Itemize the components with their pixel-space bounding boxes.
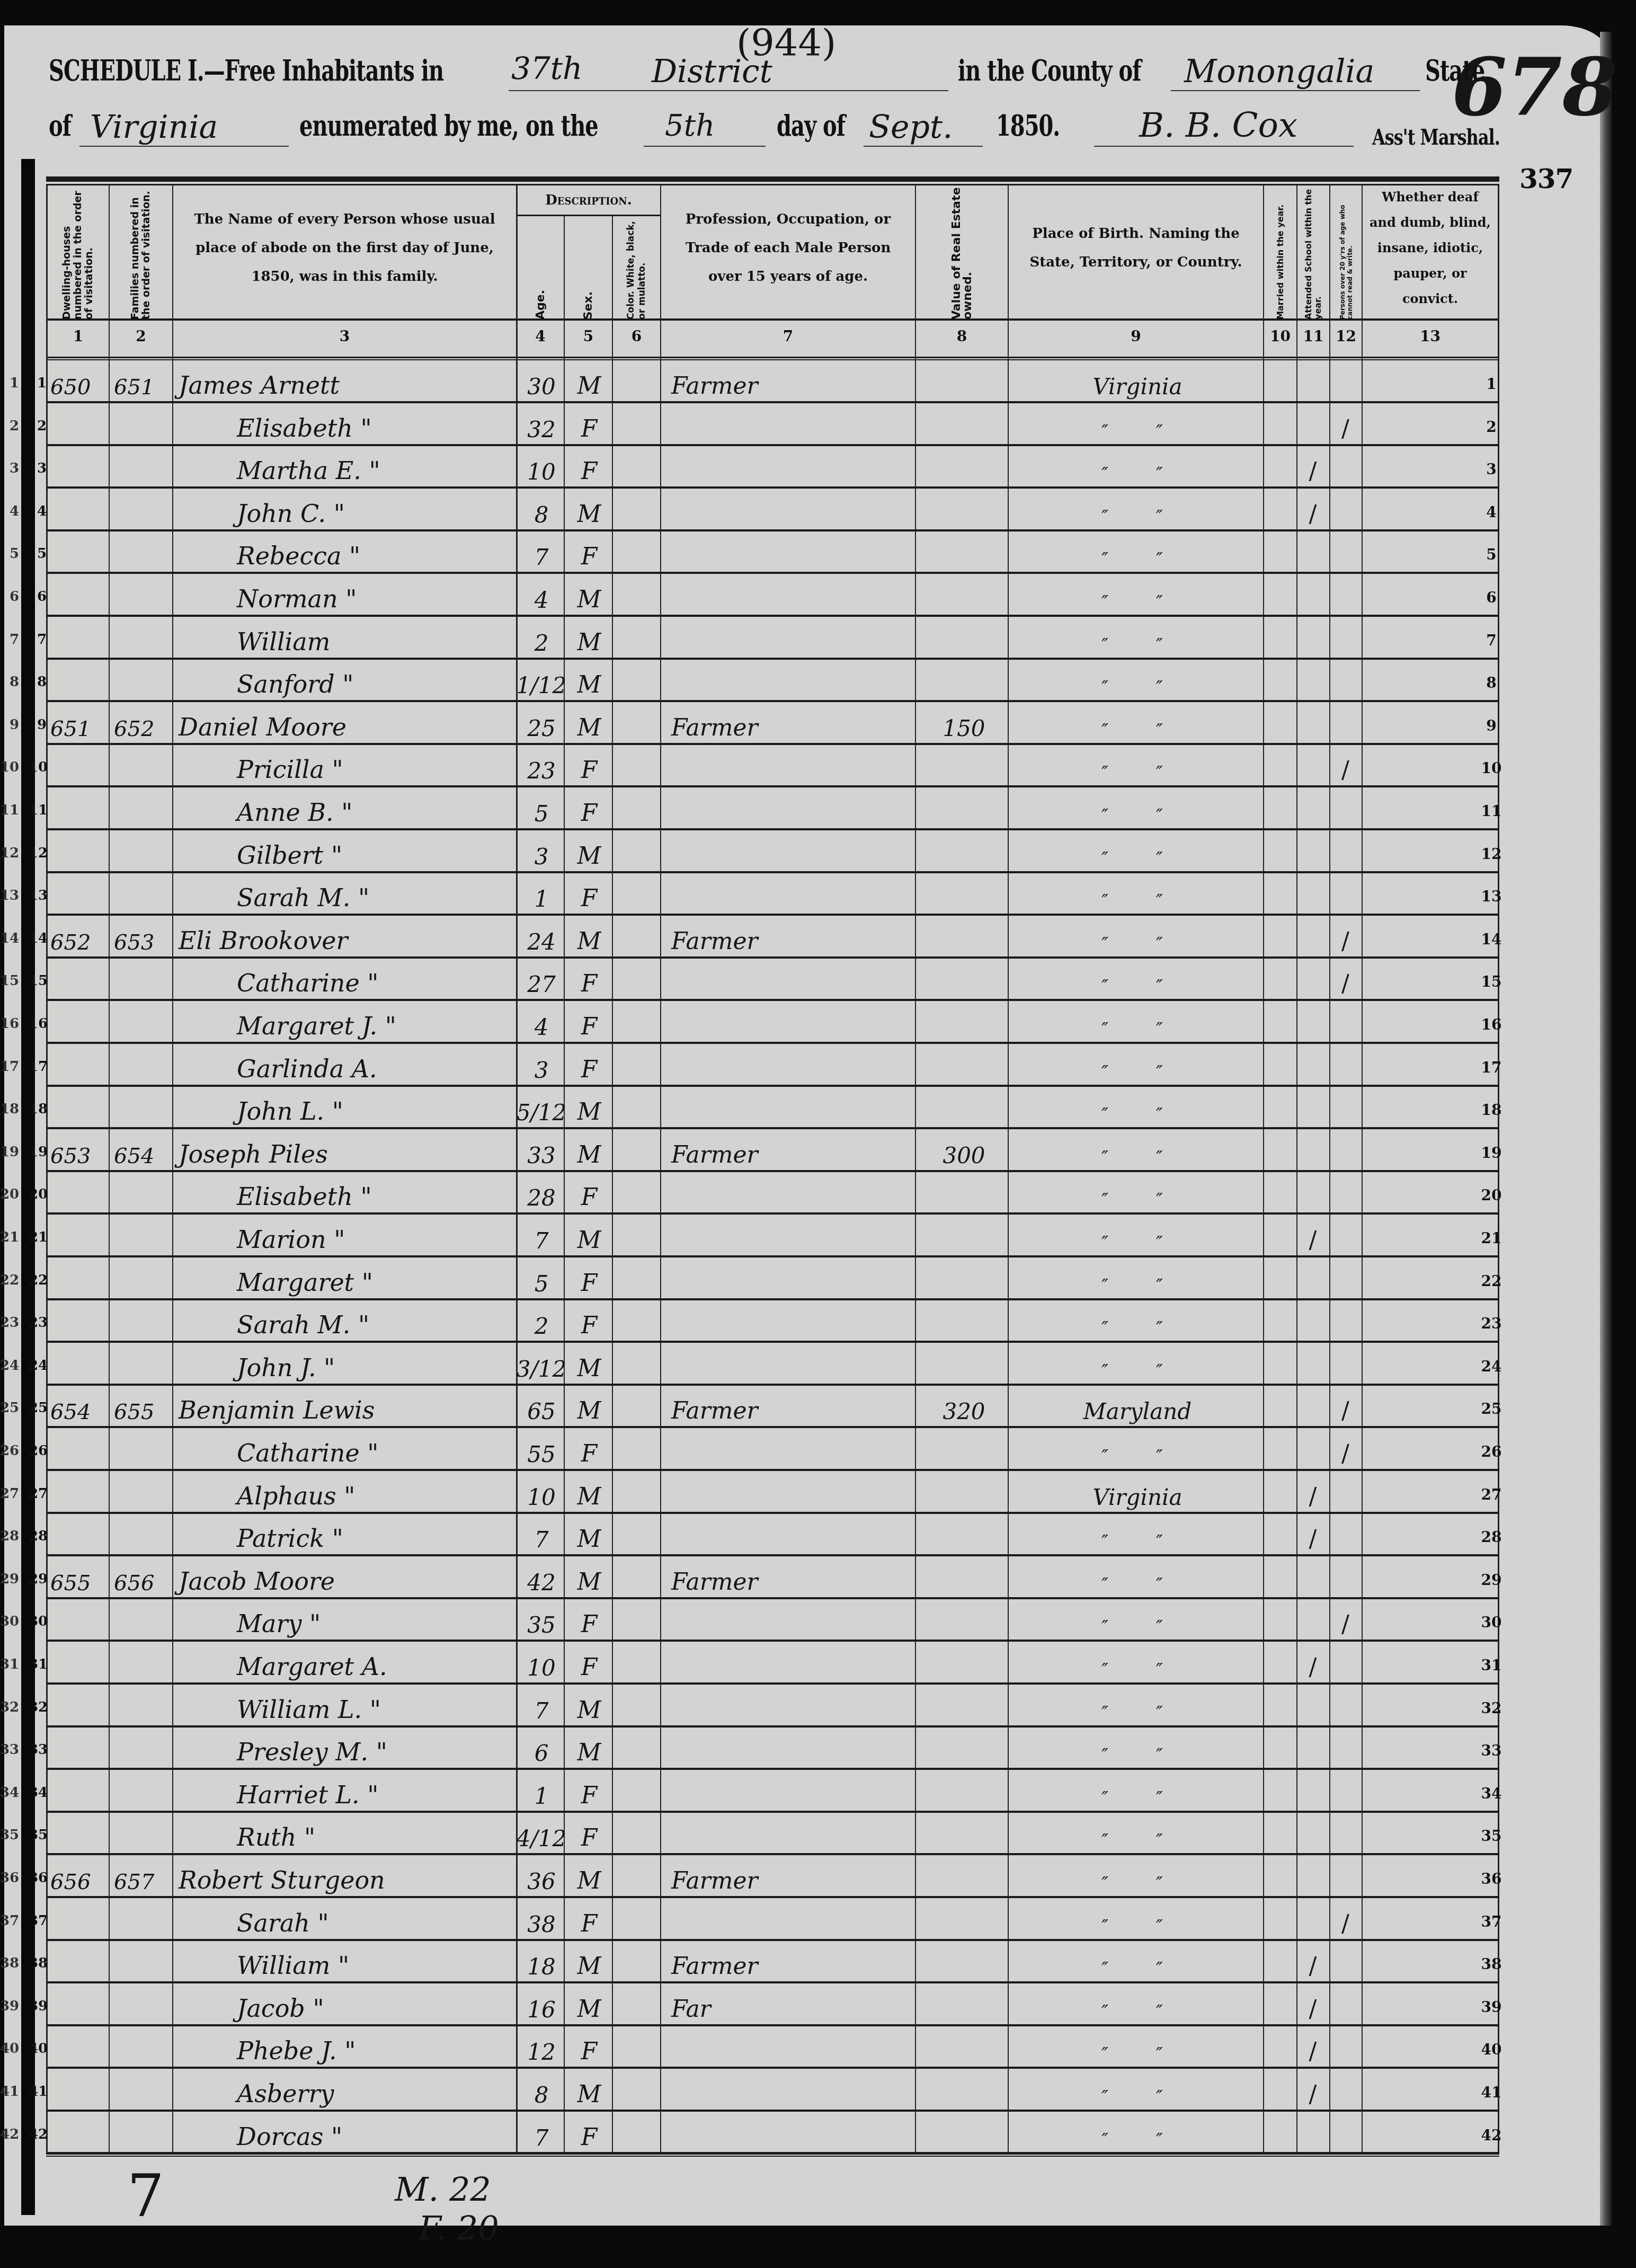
occupation: [671, 1642, 920, 1684]
line-number: 14: [1475, 931, 1507, 948]
month-fill-line: [864, 146, 983, 147]
illiterate-mark: [1329, 830, 1362, 873]
header-school: Attended School within the year.: [1297, 182, 1329, 320]
color: [613, 446, 661, 488]
birthplace: ″″: [1013, 1812, 1262, 1855]
table-bottom-rule: [46, 2152, 1499, 2154]
line-number: 35: [29, 1827, 47, 1843]
real-estate-value: [920, 1257, 1008, 1300]
person-name: Rebecca ": [179, 531, 518, 573]
real-estate-value: [920, 489, 1008, 531]
married-mark: [1263, 2069, 1296, 2111]
color: [613, 403, 661, 446]
sex: F: [565, 787, 613, 830]
dwelling-number: [50, 2069, 113, 2111]
color: [613, 1129, 661, 1172]
line-number: 2: [29, 418, 47, 434]
sex: F: [565, 958, 613, 1000]
married-mark: [1263, 1556, 1296, 1599]
age: 4: [518, 1001, 565, 1043]
line-number: 30: [29, 1614, 47, 1629]
married-mark: [1263, 1898, 1296, 1941]
occupation: [671, 617, 920, 659]
family-number: 656: [114, 1556, 172, 1599]
school-mark: [1296, 873, 1329, 915]
birthplace: ″″: [1013, 617, 1262, 659]
line-number: 23: [1475, 1315, 1507, 1332]
birthplace: ″″: [1013, 958, 1262, 1000]
sex: F: [565, 1172, 613, 1214]
sex: F: [565, 1257, 613, 1300]
sex: F: [565, 446, 613, 488]
year-label: 1850.: [996, 109, 1060, 143]
family-number: [114, 1343, 172, 1385]
school-mark: /: [1296, 489, 1329, 531]
occupation: [671, 1343, 920, 1385]
school-mark: /: [1296, 1513, 1329, 1556]
illiterate-mark: [1329, 1812, 1362, 1855]
person-name: Sanford ": [179, 659, 518, 702]
line-number-ghost: 25: [0, 1400, 19, 1416]
dwelling-number: [50, 2026, 113, 2068]
table-bottom-rule-thin: [46, 2156, 1499, 2157]
married-mark: [1263, 1044, 1296, 1086]
color: [613, 1599, 661, 1641]
color: [613, 1215, 661, 1257]
family-number: 651: [114, 360, 172, 403]
occupation: [671, 1513, 920, 1556]
header-name-label: The Name of every Person whose usual pla…: [179, 205, 511, 291]
table-row: Patrick " 7 M ″″ /: [46, 1513, 1499, 1556]
person-name: Elisabeth ": [179, 1172, 518, 1214]
age: 38: [518, 1898, 565, 1941]
line-number: 27: [29, 1486, 47, 1502]
age: 2: [518, 617, 565, 659]
dwelling-number: [50, 1300, 113, 1342]
occupation: [671, 1215, 920, 1257]
school-mark: [1296, 2112, 1329, 2154]
line-number-ghost: 24: [0, 1358, 19, 1374]
sex: M: [565, 1343, 613, 1385]
dwelling-number: 651: [50, 702, 113, 745]
table-row: Dorcas " 7 F ″″: [46, 2112, 1499, 2155]
occupation: [671, 1812, 920, 1855]
occupation: [671, 2112, 920, 2154]
line-number: 20: [29, 1186, 47, 1202]
occupation: [671, 2069, 920, 2111]
occupation: [671, 403, 920, 446]
age: 5: [518, 787, 565, 830]
line-number: 29: [29, 1571, 47, 1587]
line-number: 24: [1475, 1358, 1507, 1375]
line-number: 15: [29, 973, 47, 989]
birthplace: Virginia: [1013, 360, 1262, 403]
line-number-ghost: 30: [0, 1614, 19, 1629]
real-estate-value: [920, 531, 1008, 573]
school-mark: [1296, 1343, 1329, 1385]
line-number-ghost: 41: [0, 2084, 19, 2099]
married-mark: [1263, 531, 1296, 573]
real-estate-value: [920, 446, 1008, 488]
color: [613, 1983, 661, 2026]
table-row: 654 655 Benjamin Lewis 65 M Farmer 320 M…: [46, 1385, 1499, 1428]
person-name: Garlinda A.: [179, 1044, 518, 1086]
age: 7: [518, 1513, 565, 1556]
occupation: [671, 489, 920, 531]
age: 42: [518, 1556, 565, 1599]
line-number: 9: [1475, 717, 1507, 734]
line-number-ghost: 27: [0, 1486, 19, 1502]
person-name: Jacob Moore: [179, 1556, 518, 1599]
header-dwelling: Dwelling-houses numbered in the order of…: [48, 182, 109, 320]
age: 10: [518, 1471, 565, 1513]
birthplace: ″″: [1013, 1257, 1262, 1300]
table-row: Catharine " 55 F ″″ /: [46, 1428, 1499, 1471]
header-family-label: Families numbered in the order of visita…: [130, 182, 152, 320]
person-name: John L. ": [179, 1086, 518, 1129]
family-number: 657: [114, 1855, 172, 1898]
sex: M: [565, 1855, 613, 1898]
real-estate-value: [920, 1471, 1008, 1513]
line-number: 22: [29, 1272, 47, 1288]
real-estate-value: [920, 787, 1008, 830]
family-number: [114, 1215, 172, 1257]
illiterate-mark: [1329, 617, 1362, 659]
family-number: [114, 958, 172, 1000]
occupation: Farmer: [671, 1129, 920, 1172]
real-estate-value: [920, 1343, 1008, 1385]
line-number: 34: [29, 1785, 47, 1801]
table-row: Sarah M. " 2 F ″″: [46, 1300, 1499, 1343]
person-name: William: [179, 617, 518, 659]
family-number: [114, 2112, 172, 2154]
age: 6: [518, 1727, 565, 1769]
table-row: Mary " 35 F ″″ /: [46, 1599, 1499, 1642]
colnum-2: 2: [110, 327, 172, 354]
table-row: Margaret A. 10 F ″″ /: [46, 1642, 1499, 1685]
table-row: Martha E. " 10 F ″″ /: [46, 446, 1499, 489]
sex: F: [565, 2112, 613, 2154]
married-mark: [1263, 1513, 1296, 1556]
birthplace: ″″: [1013, 446, 1262, 488]
occupation: [671, 659, 920, 702]
school-mark: [1296, 787, 1329, 830]
illiterate-mark: [1329, 446, 1362, 488]
family-number: [114, 830, 172, 873]
married-mark: [1263, 617, 1296, 659]
real-estate-value: [920, 745, 1008, 787]
sex: M: [565, 1385, 613, 1428]
line-number: 18: [1475, 1101, 1507, 1119]
day-value: 5th: [665, 109, 715, 143]
colnum-4: 4: [517, 327, 564, 354]
header-age: Age.: [517, 219, 564, 320]
school-mark: [1296, 1812, 1329, 1855]
illiterate-mark: [1329, 1044, 1362, 1086]
family-number: [114, 873, 172, 915]
color: [613, 1556, 661, 1599]
family-number: [114, 1642, 172, 1684]
line-number-ghost: 1: [0, 375, 19, 391]
marshal-label: Ass't Marshal.: [1372, 124, 1500, 150]
person-name: Catharine ": [179, 958, 518, 1000]
family-number: [114, 1941, 172, 1983]
line-number: 26: [29, 1443, 47, 1459]
sex: M: [565, 702, 613, 745]
color: [613, 916, 661, 958]
sex: M: [565, 916, 613, 958]
age: 7: [518, 1215, 565, 1257]
line-number: 16: [29, 1016, 47, 1032]
header-dwelling-label: Dwelling-houses numbered in the order of…: [61, 182, 95, 320]
line-number-ghost: 17: [0, 1059, 19, 1075]
table-row: Asberry 8 M ″″ /: [46, 2069, 1499, 2112]
table-row: Phebe J. " 12 F ″″ /: [46, 2026, 1499, 2069]
illiterate-mark: /: [1329, 1898, 1362, 1941]
line-number-ghost: 6: [0, 589, 19, 605]
line-number: 16: [1475, 1016, 1507, 1033]
schedule-title: SCHEDULE I.—Free Inhabitants in: [49, 54, 443, 87]
sex: F: [565, 1599, 613, 1641]
married-mark: [1263, 1385, 1296, 1428]
age: 55: [518, 1428, 565, 1470]
dwelling-number: [50, 1642, 113, 1684]
line-number: 12: [1475, 845, 1507, 863]
line-number: 13: [29, 888, 47, 903]
line-number: 13: [1475, 888, 1507, 905]
dwelling-number: [50, 1044, 113, 1086]
family-number: [114, 1300, 172, 1342]
table-row: John J. " 3/12 M ″″: [46, 1343, 1499, 1386]
real-estate-value: [920, 1172, 1008, 1214]
enumerated-label: enumerated by me, on the: [299, 109, 598, 143]
birthplace: ″″: [1013, 2069, 1262, 2111]
header-age-label: Age.: [535, 290, 546, 320]
line-number: 42: [1475, 2127, 1507, 2144]
real-estate-value: [920, 659, 1008, 702]
age: 27: [518, 958, 565, 1000]
line-number: 1: [29, 375, 47, 391]
table-row: Norman " 4 M ″″: [46, 574, 1499, 617]
married-mark: [1263, 659, 1296, 702]
header-real-estate-label: Value of Real Estate owned.: [951, 182, 973, 320]
line-number-ghost: 11: [0, 802, 19, 818]
real-estate-value: [920, 1513, 1008, 1556]
colnum-rule: [46, 357, 1499, 358]
color: [613, 1685, 661, 1727]
table-row: Anne B. " 5 F ″″: [46, 787, 1499, 830]
occupation: [671, 1770, 920, 1812]
dwelling-number: [50, 830, 113, 873]
birthplace: ″″: [1013, 1129, 1262, 1172]
line-number: 40: [1475, 2041, 1507, 2058]
illiterate-mark: [1329, 489, 1362, 531]
header-occupation-label: Profession, Occupation, or Trade of each…: [666, 205, 910, 291]
line-number-ghost: 35: [0, 1827, 19, 1843]
line-number-ghost: 15: [0, 973, 19, 989]
married-mark: [1263, 1983, 1296, 2026]
line-number-ghost: 40: [0, 2041, 19, 2057]
line-number-ghost: 5: [0, 546, 19, 562]
line-number: 40: [29, 2041, 47, 2057]
colnum-1: 1: [48, 327, 109, 354]
district-fill-line: [509, 90, 948, 91]
occupation: [671, 1599, 920, 1641]
header-family: Families numbered in the order of visita…: [110, 182, 172, 320]
person-name: Catharine ": [179, 1428, 518, 1470]
dwelling-number: [50, 1086, 113, 1129]
line-number-ghost: 23: [0, 1315, 19, 1331]
real-estate-value: [920, 873, 1008, 915]
person-name: Sarah M. ": [179, 1300, 518, 1342]
person-name: Patrick ": [179, 1513, 518, 1556]
family-number: [114, 1044, 172, 1086]
illiterate-mark: [1329, 1983, 1362, 2026]
occupation: [671, 1428, 920, 1470]
line-number: 17: [1475, 1059, 1507, 1076]
family-number: [114, 1770, 172, 1812]
color: [613, 360, 661, 403]
illiterate-mark: /: [1329, 1385, 1362, 1428]
real-estate-value: [920, 2112, 1008, 2154]
real-estate-value: [920, 1685, 1008, 1727]
table-body: 650 651 James Arnett 30 M Farmer Virgini…: [46, 360, 1499, 2154]
family-number: [114, 489, 172, 531]
census-table: Dwelling-houses numbered in the order of…: [46, 176, 1499, 2153]
line-number-ghost: 28: [0, 1528, 19, 1544]
line-number: 7: [1475, 632, 1507, 649]
dwelling-number: 656: [50, 1855, 113, 1898]
birthplace: ″″: [1013, 745, 1262, 787]
married-mark: [1263, 1129, 1296, 1172]
line-number-ghost: 32: [0, 1699, 19, 1715]
real-estate-value: [920, 1898, 1008, 1941]
sex: M: [565, 1685, 613, 1727]
day-fill-line: [644, 146, 766, 147]
age: 5/12: [518, 1086, 565, 1129]
real-estate-value: [920, 1642, 1008, 1684]
sex: M: [565, 574, 613, 616]
married-mark: [1263, 1471, 1296, 1513]
birthplace: ″″: [1013, 574, 1262, 616]
school-mark: [1296, 531, 1329, 573]
illiterate-mark: [1329, 531, 1362, 573]
school-mark: [1296, 1129, 1329, 1172]
illiterate-mark: [1329, 1086, 1362, 1129]
color: [613, 1727, 661, 1769]
birthplace: ″″: [1013, 1172, 1262, 1214]
school-mark: /: [1296, 1941, 1329, 1983]
dwelling-number: [50, 574, 113, 616]
family-number: [114, 1001, 172, 1043]
colnum-7: 7: [661, 327, 915, 354]
color: [613, 1855, 661, 1898]
dwelling-number: [50, 958, 113, 1000]
married-mark: [1263, 1599, 1296, 1641]
state-fill-line: [79, 146, 289, 147]
table-row: Rebecca " 7 F ″″: [46, 531, 1499, 574]
birthplace: ″″: [1013, 659, 1262, 702]
line-number: 25: [29, 1400, 47, 1416]
dwelling-number: [50, 1428, 113, 1470]
real-estate-value: [920, 1556, 1008, 1599]
birthplace: ″″: [1013, 1513, 1262, 1556]
school-mark: [1296, 1001, 1329, 1043]
county-value: Monongalia: [1184, 53, 1374, 90]
birthplace: ″″: [1013, 916, 1262, 958]
color: [613, 1172, 661, 1214]
line-number-ghost: 9: [0, 717, 19, 733]
line-number-ghost: 42: [0, 2127, 19, 2142]
line-number: 15: [1475, 973, 1507, 990]
color: [613, 702, 661, 745]
school-mark: /: [1296, 1215, 1329, 1257]
header-illiterate-label: Persons over 20 y'rs of age who cannot r…: [1339, 182, 1354, 320]
married-mark: [1263, 489, 1296, 531]
illiterate-mark: [1329, 1941, 1362, 1983]
table-row: Jacob " 16 M Far ″″ /: [46, 1983, 1499, 2026]
state-value: Virginia: [90, 109, 218, 146]
family-number: [114, 787, 172, 830]
married-mark: [1263, 574, 1296, 616]
line-number-ghost: 36: [0, 1870, 19, 1886]
occupation: [671, 1300, 920, 1342]
illiterate-mark: [1329, 1642, 1362, 1684]
school-mark: [1296, 403, 1329, 446]
illiterate-mark: [1329, 2069, 1362, 2111]
birthplace: ″″: [1013, 1599, 1262, 1641]
married-mark: [1263, 2026, 1296, 2068]
line-number: 33: [1475, 1742, 1507, 1759]
real-estate-value: [920, 1855, 1008, 1898]
line-number-ghost: 8: [0, 674, 19, 690]
sex: M: [565, 659, 613, 702]
dwelling-number: [50, 745, 113, 787]
married-mark: [1263, 1855, 1296, 1898]
line-number: 32: [29, 1699, 47, 1715]
table-row: Sarah " 38 F ″″ /: [46, 1898, 1499, 1941]
birthplace: ″″: [1013, 1642, 1262, 1684]
school-mark: [1296, 659, 1329, 702]
illiterate-mark: [1329, 1257, 1362, 1300]
occupation: [671, 1257, 920, 1300]
real-estate-value: [920, 574, 1008, 616]
illiterate-mark: /: [1329, 1428, 1362, 1470]
family-number: 654: [114, 1129, 172, 1172]
dwelling-number: [50, 1812, 113, 1855]
sex: M: [565, 1983, 613, 2026]
line-number-ghost: 21: [0, 1229, 19, 1245]
sex: M: [565, 1471, 613, 1513]
color: [613, 2112, 661, 2154]
line-number: 21: [1475, 1229, 1507, 1247]
line-number: 20: [1475, 1186, 1507, 1204]
line-number: 25: [1475, 1400, 1507, 1417]
illiterate-mark: [1329, 1001, 1362, 1043]
header-married-label: Married within the year.: [1276, 205, 1285, 320]
family-number: [114, 574, 172, 616]
dwelling-number: [50, 1513, 113, 1556]
color: [613, 873, 661, 915]
school-mark: [1296, 1685, 1329, 1727]
line-number-ghost: 12: [0, 845, 19, 861]
color: [613, 1001, 661, 1043]
school-mark: [1296, 1086, 1329, 1129]
marshal-value: B. B. Cox: [1139, 106, 1297, 145]
header-infirmity-label: Whether deaf and dumb, blind, insane, id…: [1368, 184, 1492, 312]
occupation: [671, 745, 920, 787]
dwelling-number: [50, 403, 113, 446]
